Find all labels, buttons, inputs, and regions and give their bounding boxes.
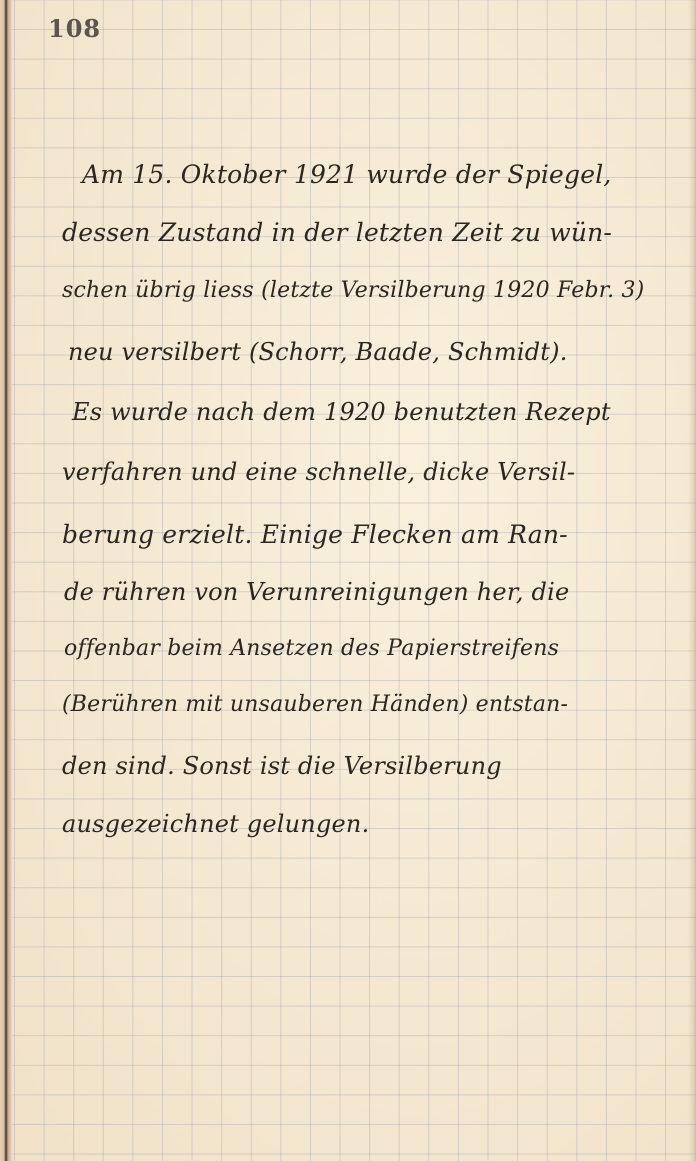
handwritten-line-3: schen übrig liess (letzte Versilberung 1… bbox=[62, 278, 644, 303]
handwritten-line-5: Es wurde nach dem 1920 benutzten Rezept bbox=[72, 398, 611, 426]
page-number: 108 bbox=[48, 14, 101, 43]
handwritten-line-9: offenbar beim Ansetzen des Papierstreife… bbox=[64, 636, 559, 661]
handwritten-line-10: (Berühren mit unsauberen Händen) entstan… bbox=[62, 692, 568, 717]
notebook-page: 108 Am 15. Oktober 1921 wurde der Spiege… bbox=[0, 0, 696, 1161]
handwritten-line-6: verfahren und eine schnelle, dicke Versi… bbox=[62, 458, 575, 486]
handwritten-line-7: berung erzielt. Einige Flecken am Ran- bbox=[62, 520, 568, 549]
handwritten-line-1: Am 15. Oktober 1921 wurde der Spiegel, bbox=[82, 160, 612, 189]
handwritten-line-11: den sind. Sonst ist die Versilberung bbox=[62, 752, 502, 780]
page-right-edge bbox=[688, 0, 696, 1161]
page-binding-edge bbox=[0, 0, 12, 1161]
handwritten-line-8: de rühren von Verunreinigungen her, die bbox=[64, 578, 569, 606]
handwritten-line-4: neu versilbert (Schorr, Baade, Schmidt). bbox=[68, 338, 568, 366]
handwritten-line-2: dessen Zustand in der letzten Zeit zu wü… bbox=[62, 218, 612, 247]
handwritten-line-12: ausgezeichnet gelungen. bbox=[62, 810, 369, 838]
